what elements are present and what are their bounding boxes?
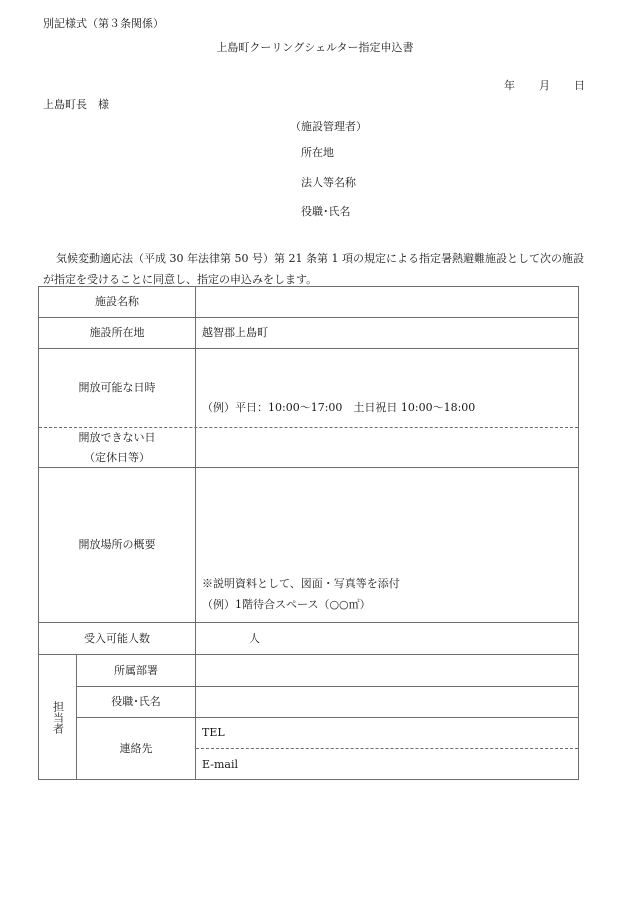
- row-divider-dashed: [196, 748, 578, 749]
- contact-title-name-field[interactable]: [199, 694, 574, 710]
- tel-field[interactable]: TEL: [202, 726, 225, 740]
- capacity-unit[interactable]: 人: [249, 632, 260, 646]
- application-table: 施設名称 施設所在地 越智郡上島町 開放可能な日時 （例）平日：10:00～17…: [38, 286, 579, 780]
- form-label: 別記様式（第３条関係）: [43, 17, 164, 31]
- closed-days-label-line2: （定休日等）: [84, 448, 150, 468]
- open-area-note: ※説明資料として、図面・写真等を添付: [202, 577, 400, 591]
- facility-name-label: 施設名称: [39, 287, 195, 317]
- date-day: 日: [574, 79, 585, 93]
- open-hours-example[interactable]: （例）平日：10:00～17:00 土日祝日 10:00～18:00: [202, 401, 475, 415]
- manager-heading: （施設管理者）: [290, 120, 367, 134]
- manager-address-label: 所在地: [301, 146, 334, 160]
- facility-location-label: 施設所在地: [39, 318, 195, 348]
- open-hours-label: 開放可能な日時: [39, 349, 195, 427]
- document-title: 上島町クーリングシェルター指定申込書: [0, 41, 630, 55]
- closed-days-label-line1: 開放できない日: [79, 428, 156, 448]
- date-month: 月: [539, 79, 550, 93]
- closed-days-field[interactable]: [199, 437, 574, 457]
- department-field[interactable]: [199, 663, 574, 679]
- facility-location-field[interactable]: 越智郡上島町: [202, 326, 268, 340]
- email-field[interactable]: E-mail: [202, 758, 238, 772]
- manager-title-name-label: 役職･氏名: [301, 205, 351, 219]
- open-area-label: 開放場所の概要: [39, 468, 195, 622]
- closed-days-label: 開放できない日 （定休日等）: [39, 428, 195, 467]
- open-area-example[interactable]: （例）1階待合スペース（○○㎡）: [202, 598, 371, 612]
- department-label: 所属部署: [77, 655, 195, 686]
- manager-corporation-label: 法人等名称: [301, 176, 356, 190]
- facility-name-field[interactable]: [199, 295, 574, 311]
- consent-statement: 気候変動適応法（平成 30 年法律第 50 号）第 21 条第 1 項の規定によ…: [43, 248, 588, 290]
- contact-person-label: 担当者: [52, 701, 64, 734]
- contact-title-name-label: 役職･氏名: [77, 687, 195, 717]
- column-divider: [195, 287, 196, 779]
- date-line: 年月日: [504, 79, 585, 93]
- addressee: 上島町長 様: [43, 98, 109, 112]
- contact-person-group-label: 担当者: [39, 655, 76, 779]
- contact-info-label: 連絡先: [77, 718, 195, 779]
- date-year: 年: [504, 79, 515, 93]
- capacity-label: 受入可能人数: [39, 623, 195, 654]
